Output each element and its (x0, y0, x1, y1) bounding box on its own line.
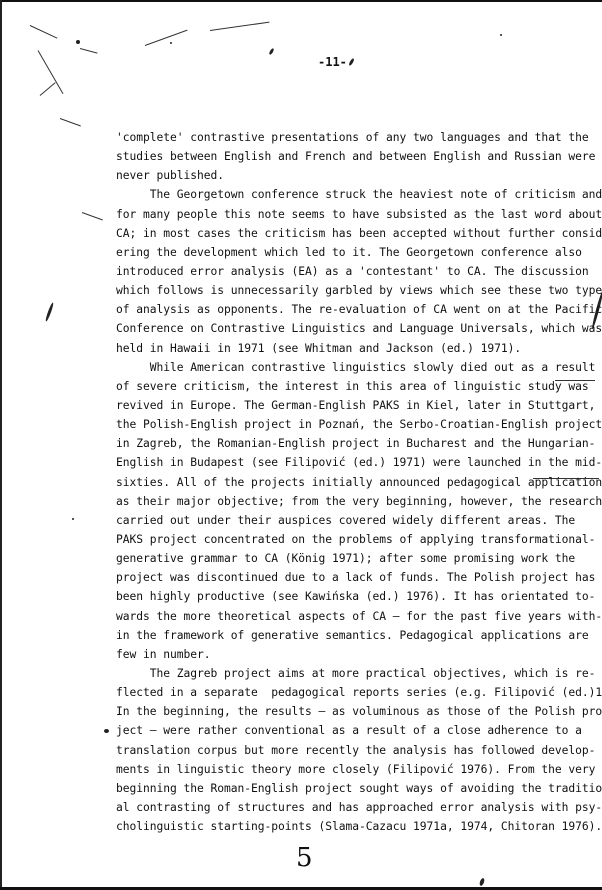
text-line: flected in a separate pedagogical report… (116, 683, 586, 702)
text-line: ject — were rather conventional as a res… (116, 721, 586, 740)
text-line: translation corpus but more recently the… (116, 741, 586, 760)
text-line: introduced error analysis (EA) as a 'con… (116, 262, 586, 281)
text-line: CA; in most cases the criticism has been… (116, 224, 586, 243)
text-line: as their major objective; from the very … (116, 492, 586, 511)
text-line: Conference on Contrastive Linguistics an… (116, 319, 586, 338)
paragraph-start-line: The Zagreb project aims at more practica… (116, 664, 586, 683)
text-line: generative grammar to CA (König 1971); a… (116, 549, 586, 568)
text-line: sixties. All of the projects initially a… (116, 473, 586, 492)
paragraph-start-line: The Georgetown conference struck the hea… (116, 185, 586, 204)
text-line: beginning the Roman-English project soug… (116, 779, 586, 798)
text-line: never published. (116, 166, 586, 185)
text-line: carried out under their auspices covered… (116, 511, 586, 530)
text-line: studies between English and French and b… (116, 147, 586, 166)
paragraph-start-line: While American contrastive linguistics s… (116, 358, 586, 377)
text-line: of severe criticism, the interest in thi… (116, 377, 586, 396)
text-line: revived in Europe. The German-English PA… (116, 396, 586, 415)
text-line: English in Budapest (see Filipović (ed.)… (116, 453, 586, 472)
text-line: project was discontinued due to a lack o… (116, 568, 586, 587)
scan-border-left (0, 0, 2, 890)
text-line: 'complete' contrastive presentations of … (116, 128, 586, 147)
text-line: in Zagreb, the Romanian-English project … (116, 434, 586, 453)
text-line: few in number. (116, 645, 586, 664)
text-line: of analysis as opponents. The re-evaluat… (116, 300, 586, 319)
text-line: which follows is unnecessarily garbled b… (116, 281, 586, 300)
text-line: ments in linguistic theory more closely … (116, 760, 586, 779)
text-line: al contrasting of structures and has app… (116, 798, 586, 817)
scan-border-top (0, 0, 602, 2)
body-text: 'complete' contrastive presentations of … (116, 128, 586, 836)
text-line: cholinguistic starting-points (Slama-Caz… (116, 817, 586, 836)
text-line: for many people this note seems to have … (116, 205, 586, 224)
text-line: been highly productive (see Kawińska (ed… (116, 587, 586, 606)
header-page-number: -11- (318, 55, 347, 69)
text-line: wards the more theoretical aspects of CA… (116, 607, 586, 626)
footer-page-number: 5 (296, 843, 313, 873)
text-line: the Polish-English project in Poznań, th… (116, 415, 586, 434)
text-line: held in Hawaii in 1971 (see Whitman and … (116, 339, 586, 358)
text-line: ering the development which led to it. T… (116, 243, 586, 262)
text-line: in the framework of generative semantics… (116, 626, 586, 645)
text-line: PAKS project concentrated on the problem… (116, 530, 586, 549)
text-line: In the beginning, the results — as volum… (116, 702, 586, 721)
